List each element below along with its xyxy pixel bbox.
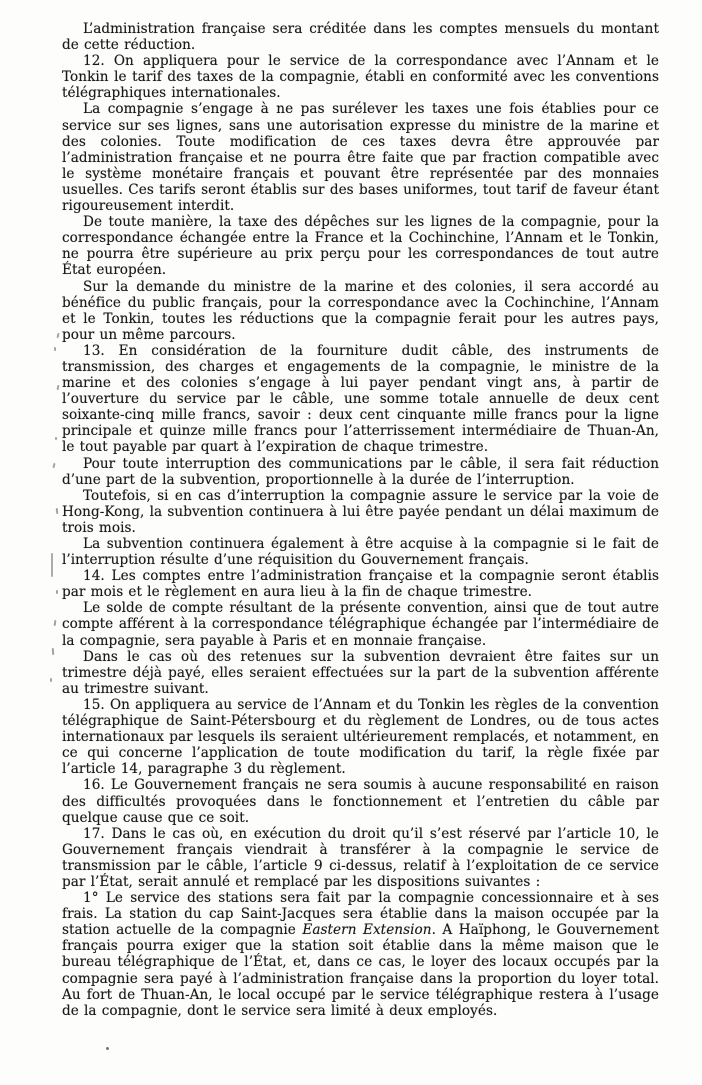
paragraph-article-12: 12. On appliquera pour le service de la …	[62, 53, 659, 101]
paragraph-article-13: 13. En considération de la fourniture du…	[62, 343, 659, 456]
company-name-italic: Eastern Extension	[302, 922, 431, 938]
paragraph: L’administration française sera créditée…	[62, 21, 659, 53]
scan-artifact	[50, 678, 52, 682]
paragraph-article-17: 17. Dans le cas où, en exécution du droi…	[62, 826, 659, 890]
scan-artifact	[56, 508, 59, 514]
paragraph-clause-1: 1° Le service des stations sera fait par…	[62, 890, 659, 1019]
scan-artifact	[57, 333, 60, 338]
scanned-document-page: L’administration française sera créditée…	[0, 0, 702, 1085]
paragraph: La subvention continuera également à êtr…	[62, 536, 659, 568]
scan-artifact	[106, 1047, 109, 1050]
scan-artifact	[54, 620, 57, 626]
scan-artifact	[55, 437, 57, 440]
page-text-column: L’administration française sera créditée…	[62, 21, 659, 1019]
scan-artifact	[57, 385, 60, 390]
paragraph: Toutefois, si en cas d’interruption la c…	[62, 488, 659, 536]
paragraph: Pour toute interruption des communicatio…	[62, 456, 659, 488]
paragraph-article-15: 15. On appliquera au service de l’Annam …	[62, 697, 659, 777]
paragraph-article-14: 14. Les comptes entre l’administration f…	[62, 568, 659, 600]
scan-artifact	[52, 648, 54, 655]
paragraph: Sur la demande du ministre de la marine …	[62, 279, 659, 343]
paragraph: La compagnie s’engage à ne pas surélever…	[62, 101, 659, 214]
paragraph: Dans le cas où des retenues sur la subve…	[62, 649, 659, 697]
paragraph: De toute manière, la taxe des dépêches s…	[62, 214, 659, 278]
scan-artifact	[52, 463, 55, 468]
scan-artifact	[54, 347, 57, 351]
scan-artifact	[56, 590, 58, 594]
paragraph-article-16: 16. Le Gouvernement français ne sera sou…	[62, 777, 659, 825]
paragraph: Le solde de compte résultant de la prése…	[62, 600, 659, 648]
scan-artifact	[51, 553, 53, 577]
